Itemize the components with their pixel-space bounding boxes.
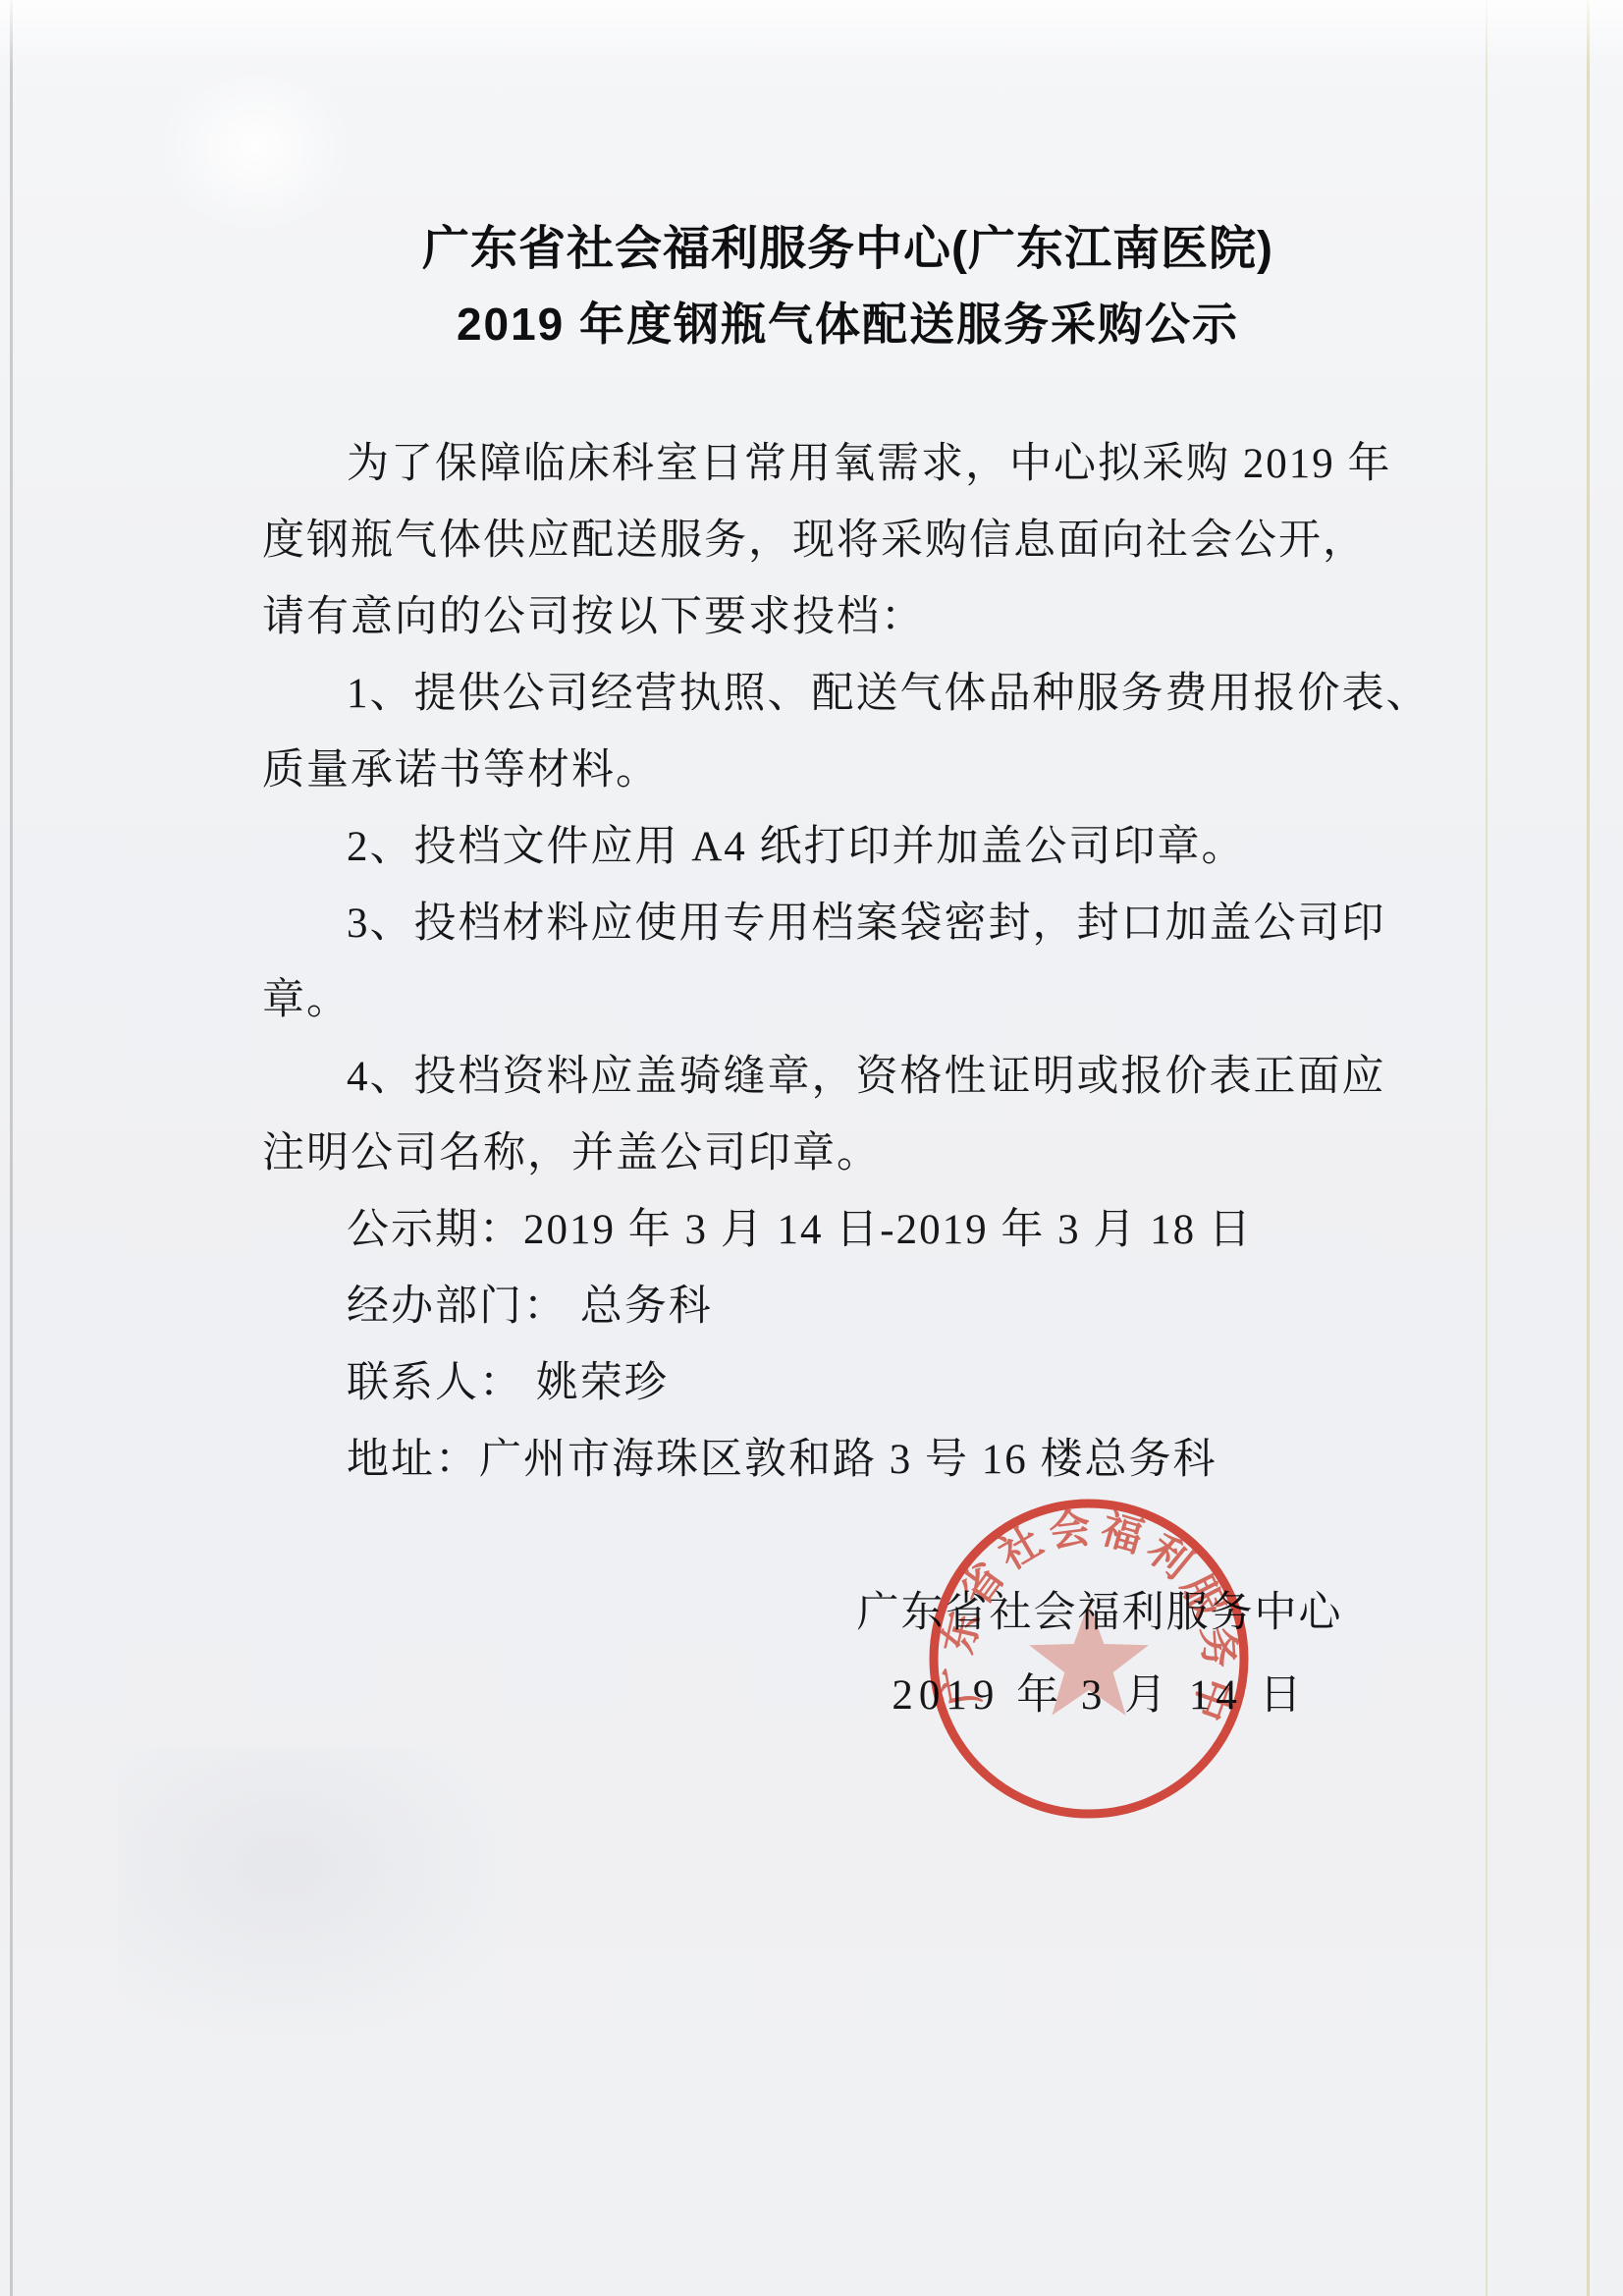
body-line: 为了保障临床科室日常用氧需求，中心拟采购 2019 年 (262, 426, 1450, 503)
body-line-item-3: 3、投档材料应使用专用档案袋密封，封口加盖公司印 (262, 886, 1450, 962)
official-seal-stamp: 广东省社会福利服务中心 (922, 1492, 1256, 1826)
document-body: 为了保障临床科室日常用氧需求，中心拟采购 2019 年 度钢瓶气体供应配送服务，… (262, 426, 1450, 1499)
document-title-line-2: 2019 年度钢瓶气体配送服务采购公示 (262, 289, 1434, 354)
body-line-item-2: 2、投档文件应用 A4 纸打印并加盖公司印章。 (262, 809, 1450, 886)
body-line: 度钢瓶气体供应配送服务，现将采购信息面向社会公开， (262, 503, 1450, 579)
star-icon (1029, 1602, 1149, 1716)
body-line: 注明公司名称，并盖公司印章。 (262, 1116, 1450, 1192)
scan-crease-shadow (118, 1748, 530, 2043)
body-line: 章。 (262, 962, 1450, 1039)
scan-glare-blob (157, 59, 353, 236)
scanned-document-page: 广东省社会福利服务中心(广东江南医院) 2019 年度钢瓶气体配送服务采购公示 … (0, 0, 1623, 2296)
body-line-address: 地址：广州市海珠区敦和路 3 号 16 楼总务科 (262, 1422, 1450, 1499)
document-title-line-1: 广东省社会福利服务中心(广东江南医院) (262, 210, 1434, 278)
body-line-department: 经办部门： 总务科 (262, 1269, 1450, 1345)
scan-edge-line-right-inner (1486, 0, 1488, 2296)
body-line: 质量承诺书等材料。 (262, 733, 1450, 809)
body-line-contact: 联系人： 姚荣珍 (262, 1345, 1450, 1422)
body-line: 请有意向的公司按以下要求投档： (262, 579, 1450, 656)
body-line-publicity-period: 公示期：2019 年 3 月 14 日-2019 年 3 月 18 日 (262, 1192, 1450, 1269)
scan-edge-line-right-outer (1587, 0, 1590, 2296)
seal-arc-text: 广东省社会福利服务中心 (922, 1492, 1243, 1732)
scan-edge-line-left (10, 0, 13, 2296)
body-line-item-1: 1、提供公司经营执照、配送气体品种服务费用报价表、 (262, 656, 1450, 733)
body-line-item-4: 4、投档资料应盖骑缝章，资格性证明或报价表正面应 (262, 1039, 1450, 1116)
